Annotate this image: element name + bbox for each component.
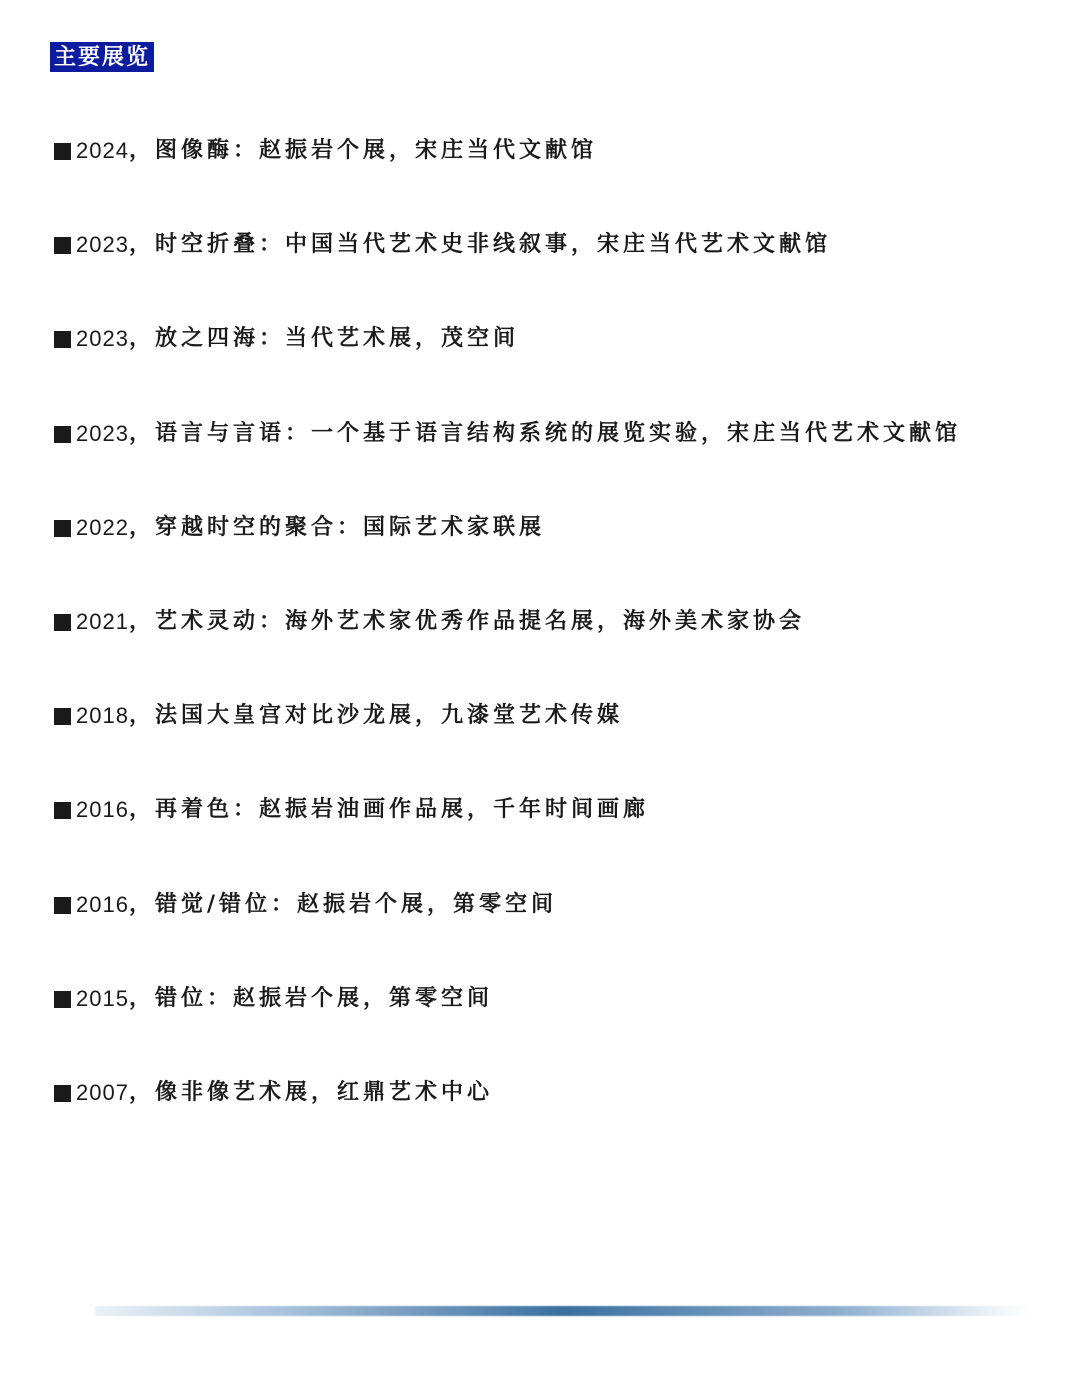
exhibition-text: ，艺术灵动：海外艺术家优秀作品提名展，海外美术家协会 xyxy=(129,603,805,641)
black-square-icon xyxy=(54,614,71,631)
black-square-icon xyxy=(54,237,71,254)
exhibition-year: 2023 xyxy=(76,320,129,358)
exhibition-text: ，图像酶：赵振岩个展，宋庄当代文献馆 xyxy=(129,132,597,170)
black-square-icon xyxy=(54,1085,71,1102)
list-item: 2021 ，艺术灵动：海外艺术家优秀作品提名展，海外美术家协会 xyxy=(54,603,961,697)
exhibition-text: ，语言与言语：一个基于语言结构系统的展览实验，宋庄当代艺术文献馆 xyxy=(129,415,961,453)
black-square-icon xyxy=(54,143,71,160)
section-title: 主要展览 xyxy=(50,42,154,72)
exhibition-text: ，再着色：赵振岩油画作品展，千年时间画廊 xyxy=(129,791,649,829)
black-square-icon xyxy=(54,426,71,443)
black-square-icon xyxy=(54,520,71,537)
exhibition-text: ，穿越时空的聚合：国际艺术家联展 xyxy=(129,509,545,547)
list-item: 2023 ，时空折叠：中国当代艺术史非线叙事，宋庄当代艺术文献馆 xyxy=(54,226,961,320)
exhibition-text: ，时空折叠：中国当代艺术史非线叙事，宋庄当代艺术文献馆 xyxy=(129,226,831,264)
list-item: 2024 ，图像酶：赵振岩个展，宋庄当代文献馆 xyxy=(54,132,961,226)
exhibition-year: 2018 xyxy=(76,697,129,735)
exhibition-text: ，法国大皇宫对比沙龙展，九漆堂艺术传媒 xyxy=(129,697,623,735)
list-item: 2015 ，错位：赵振岩个展，第零空间 xyxy=(54,980,961,1074)
exhibition-year: 2022 xyxy=(76,509,129,547)
gradient-divider xyxy=(95,1306,1030,1316)
list-item: 2018 ，法国大皇宫对比沙龙展，九漆堂艺术传媒 xyxy=(54,697,961,791)
exhibition-list: 2024 ，图像酶：赵振岩个展，宋庄当代文献馆 2023 ，时空折叠：中国当代艺… xyxy=(54,132,961,1168)
list-item: 2016 ，错觉/错位：赵振岩个展，第零空间 xyxy=(54,886,961,980)
exhibition-year: 2015 xyxy=(76,980,129,1018)
list-item: 2023 ，放之四海：当代艺术展，茂空间 xyxy=(54,320,961,414)
list-item: 2023 ，语言与言语：一个基于语言结构系统的展览实验，宋庄当代艺术文献馆 xyxy=(54,415,961,509)
exhibition-year: 2023 xyxy=(76,415,129,453)
black-square-icon xyxy=(54,897,71,914)
exhibition-text: ，像非像艺术展，红鼎艺术中心 xyxy=(129,1074,493,1112)
black-square-icon xyxy=(54,708,71,725)
exhibition-year: 2007 xyxy=(76,1074,129,1112)
exhibition-year: 2023 xyxy=(76,226,129,264)
list-item: 2007 ，像非像艺术展，红鼎艺术中心 xyxy=(54,1074,961,1168)
exhibition-year: 2016 xyxy=(76,791,129,829)
exhibition-text: ，错觉/错位：赵振岩个展，第零空间 xyxy=(129,886,557,924)
list-item: 2016 ，再着色：赵振岩油画作品展，千年时间画廊 xyxy=(54,791,961,885)
exhibition-year: 2016 xyxy=(76,886,129,924)
exhibition-text: ，错位：赵振岩个展，第零空间 xyxy=(129,980,493,1018)
exhibition-year: 2021 xyxy=(76,603,129,641)
black-square-icon xyxy=(54,802,71,819)
exhibition-text: ，放之四海：当代艺术展，茂空间 xyxy=(129,320,519,358)
exhibition-year: 2024 xyxy=(76,132,129,170)
black-square-icon xyxy=(54,991,71,1008)
list-item: 2022 ，穿越时空的聚合：国际艺术家联展 xyxy=(54,509,961,603)
black-square-icon xyxy=(54,331,71,348)
